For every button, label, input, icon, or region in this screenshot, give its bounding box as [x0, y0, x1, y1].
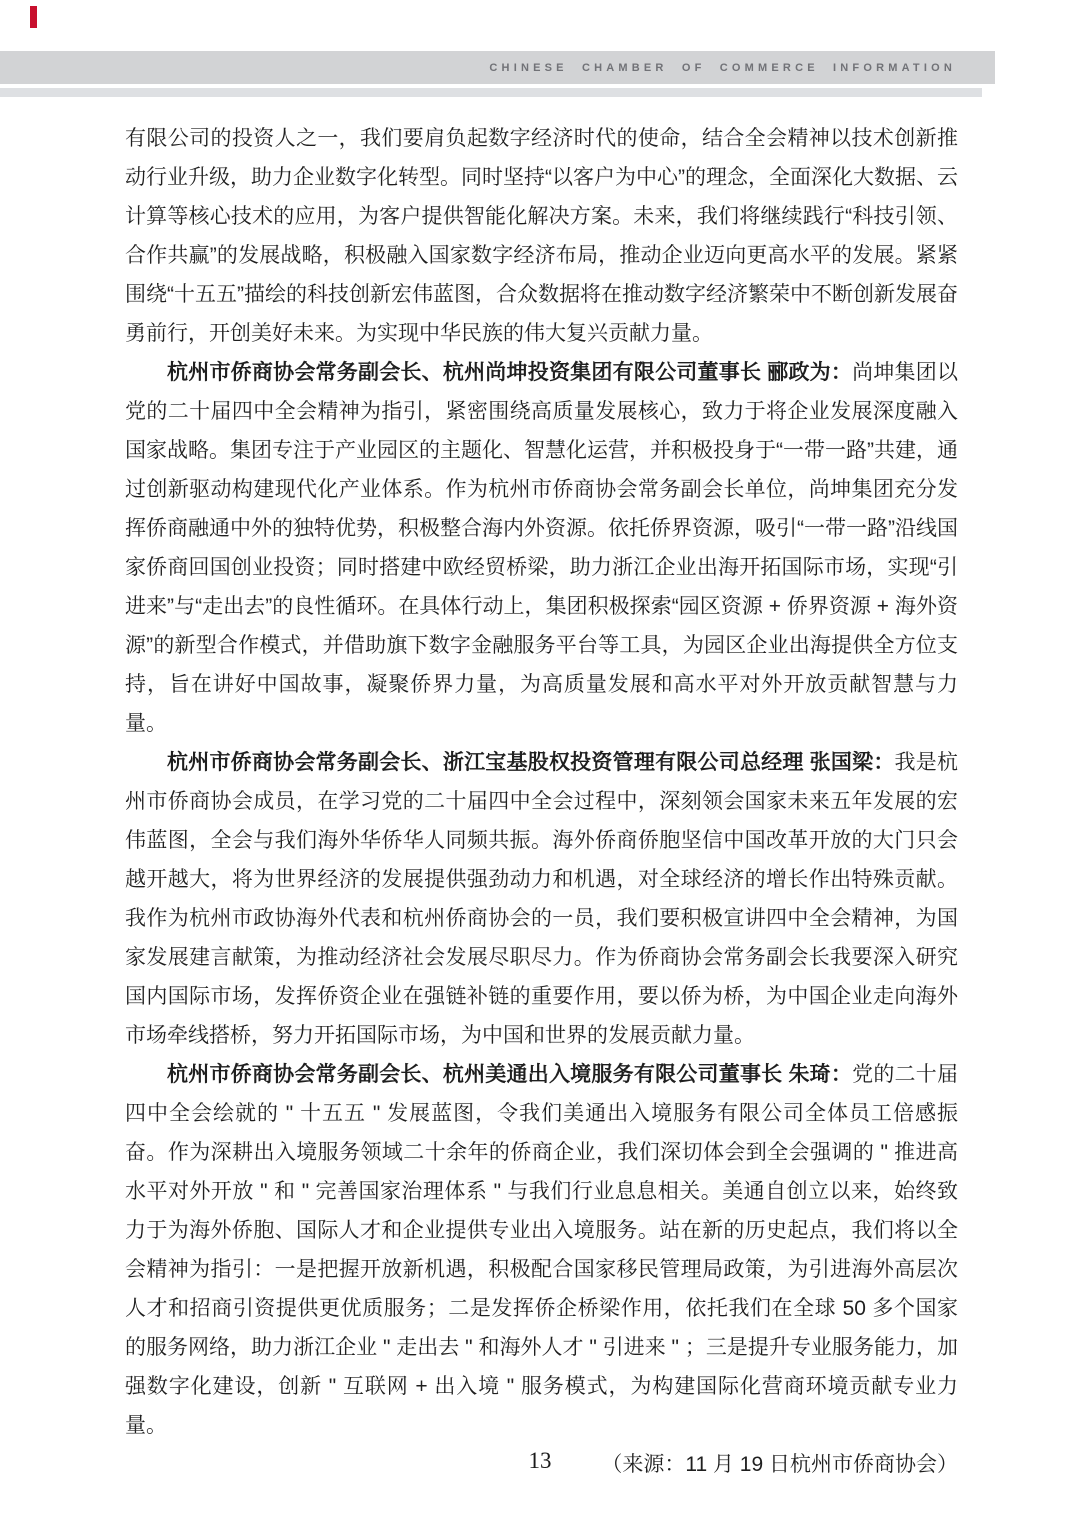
header-banner: CHINESE CHAMBER OF COMMERCE INFORMATION	[0, 51, 995, 84]
paragraph-text: 我是杭州市侨商协会成员，在学习党的二十届四中全会过程中，深刻领会国家未来五年发展…	[125, 751, 958, 1047]
header-banner-text: CHINESE CHAMBER OF COMMERCE INFORMATION	[489, 62, 956, 74]
header-thin-rule	[0, 88, 982, 97]
article-body: 有限公司的投资人之一，我们要肩负起数字经济时代的使命，结合全会精神以技术创新推动…	[125, 119, 958, 1484]
speaker-title-bold: 杭州市侨商协会常务副会长、杭州美通出入境服务有限公司董事长 朱琦：	[167, 1063, 852, 1086]
page-number: 13	[0, 1448, 1080, 1474]
red-corner-mark	[30, 6, 37, 28]
paragraph-text: 有限公司的投资人之一，我们要肩负起数字经济时代的使命，结合全会精神以技术创新推动…	[125, 127, 958, 345]
speaker-title-bold: 杭州市侨商协会常务副会长、杭州尚坤投资集团有限公司董事长 郦政为：	[167, 361, 852, 384]
speaker-title-bold: 杭州市侨商协会常务副会长、浙江宝基股权投资管理有限公司总经理 张国梁：	[167, 751, 895, 774]
paragraph-text: 党的二十届四中全会绘就的 " 十五五 " 发展蓝图，令我们美通出入境服务有限公司…	[125, 1063, 958, 1437]
paragraph-continuation: 有限公司的投资人之一，我们要肩负起数字经济时代的使命，结合全会精神以技术创新推动…	[125, 119, 958, 353]
paragraph-speaker-lizhengwei: 杭州市侨商协会常务副会长、杭州尚坤投资集团有限公司董事长 郦政为：尚坤集团以党的…	[125, 353, 958, 743]
paragraph-speaker-zhangguoliang: 杭州市侨商协会常务副会长、浙江宝基股权投资管理有限公司总经理 张国梁：我是杭州市…	[125, 743, 958, 1055]
paragraph-text: 尚坤集团以党的二十届四中全会精神为指引，紧密围绕高质量发展核心，致力于将企业发展…	[125, 361, 958, 735]
paragraph-speaker-zhuqi: 杭州市侨商协会常务副会长、杭州美通出入境服务有限公司董事长 朱琦：党的二十届四中…	[125, 1055, 958, 1445]
magazine-page: CHINESE CHAMBER OF COMMERCE INFORMATION …	[0, 0, 1080, 1525]
